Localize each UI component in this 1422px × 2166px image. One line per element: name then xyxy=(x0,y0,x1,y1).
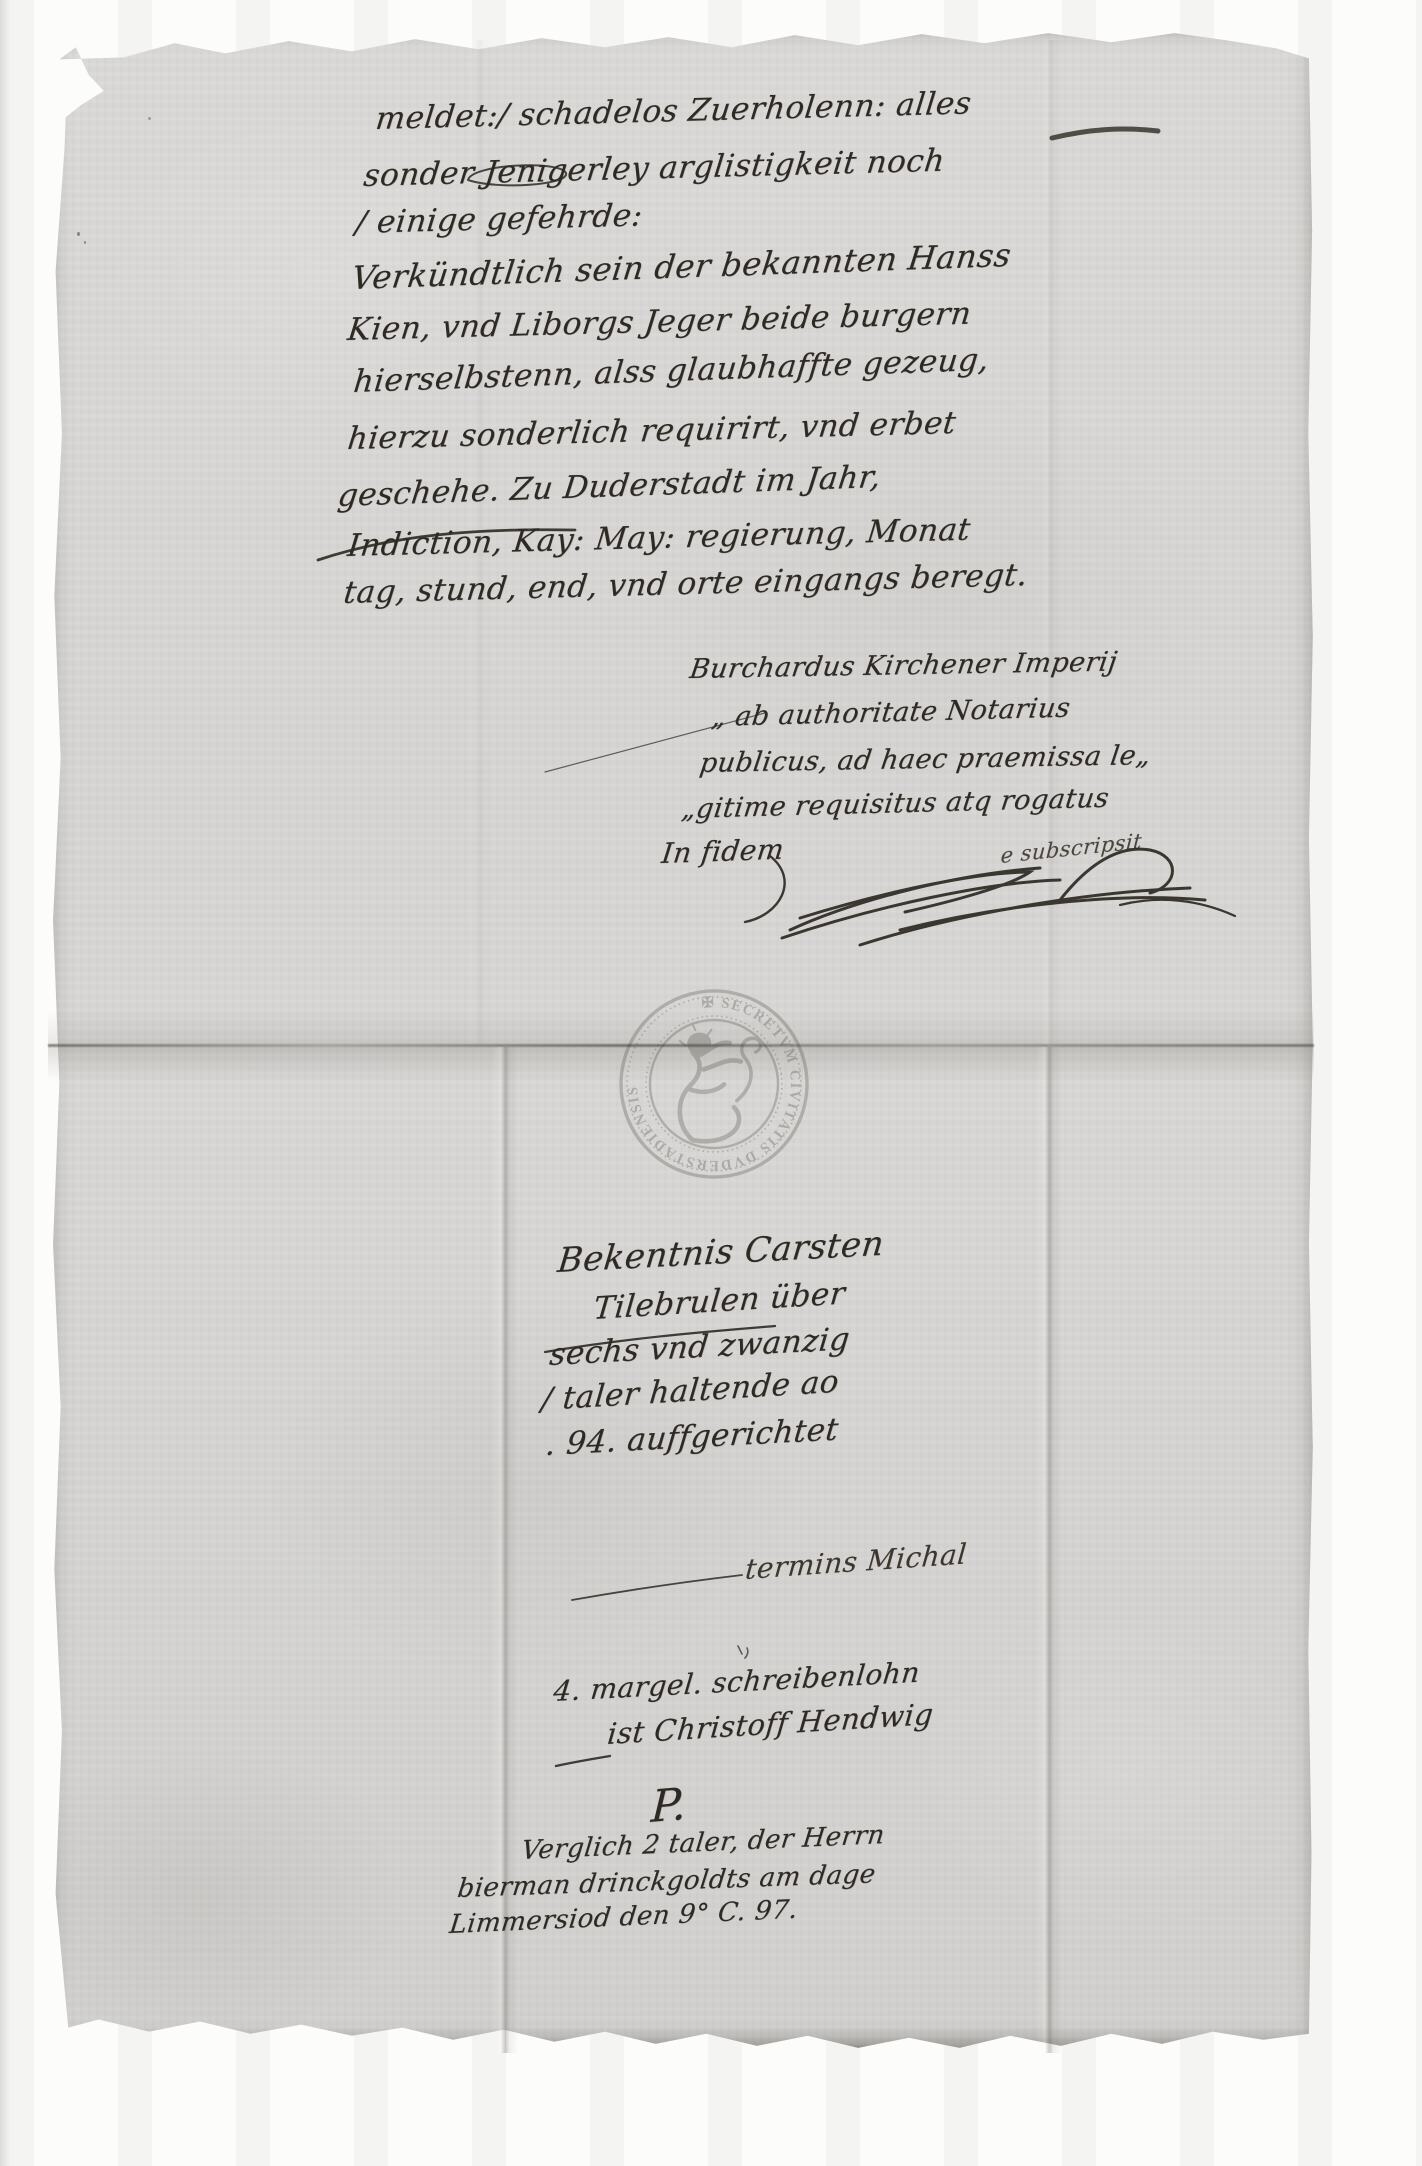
manuscript-line: / einige gefehrde: xyxy=(354,200,644,239)
attestation-line: publicus, ad haec praemissa le„ xyxy=(698,742,1153,777)
docket-paraph-mark: P. xyxy=(650,1783,688,1830)
attestation-line: In fidem xyxy=(660,836,786,868)
scanned-document-page: ✠ SECRETVM CIVITATIS DVDERSTADIENSIS mel… xyxy=(0,0,1422,2166)
attestation-line: Burchardus Kirchener Imperij xyxy=(688,648,1119,683)
ink-speck xyxy=(84,241,86,244)
ink-speck xyxy=(77,232,80,236)
ink-speck xyxy=(148,117,151,120)
torn-bottom-edge xyxy=(48,2026,1314,2056)
scanner-edge-shadow xyxy=(0,0,10,2166)
